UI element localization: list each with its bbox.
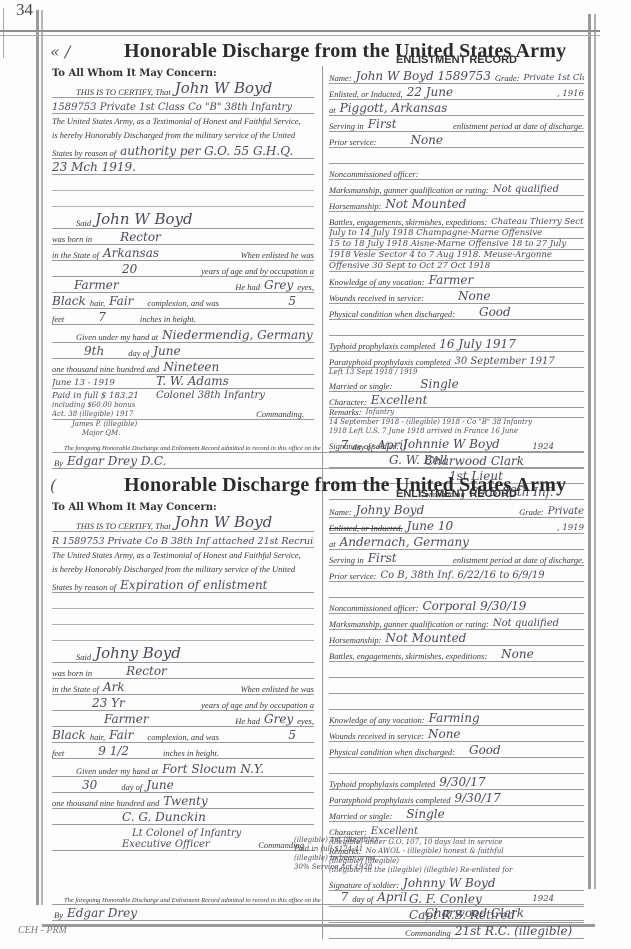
- marksmanship-row: Marksmanship, gunner qualification or ra…: [329, 614, 584, 630]
- remarks-row: Remarks: Co "L" 153 Infantry 23 June 191…: [329, 408, 584, 418]
- soldier-id: R 1589753 Private Co B 38th Inf attached…: [52, 536, 314, 547]
- state-value: Ark: [103, 680, 237, 694]
- grade-value: Private 1st Class: [523, 73, 584, 83]
- day-label: day of: [108, 348, 149, 358]
- reason-value-2: 23 Mch 1919.: [52, 160, 136, 174]
- paratyphoid-value: 9/30/17: [455, 791, 501, 805]
- horsemanship-row: Horsemanship: Not Mounted: [329, 630, 584, 646]
- battles-detail: July to 14 July 1918 Champagne-Marne Off…: [329, 228, 542, 238]
- signature-label: Signature of soldier:: [329, 880, 399, 890]
- margin-note: Paid in full $ 183.21: [52, 391, 152, 401]
- enlisted-value: 22 June: [407, 85, 553, 99]
- enlistment-margin-notes: (illegible) 1st (illegible) Paid in full…: [294, 836, 414, 872]
- prior-label: Prior service:: [329, 571, 376, 581]
- paratyphoid-value: 30 September 1917: [455, 356, 555, 367]
- occupation-line: Farmer He had Grey eyes,: [52, 711, 314, 727]
- blank-line: [52, 191, 314, 207]
- clerk-signature: Charwood Clark: [425, 454, 584, 468]
- remarks-line: 14 September 1918 - (illegible) 1918 - C…: [329, 418, 584, 427]
- signature-row: Signature of soldier: Johnny W Boyd: [329, 875, 584, 891]
- grade-value: Private: [548, 506, 584, 517]
- occupation-value: Farmer: [52, 712, 231, 726]
- born-line: was born in Rector: [52, 229, 314, 245]
- margin-note: James P. (illegible): [52, 420, 314, 429]
- nco-row: Noncommissioned officer: Corporal 9/30/1…: [329, 598, 584, 614]
- occupation-line: Farmer He had Grey eyes,: [52, 277, 314, 293]
- marksmanship-label: Marksmanship, gunner qualification or ra…: [329, 619, 489, 629]
- signer-name: C. G. Dunckin: [122, 810, 206, 824]
- nco-value: Corporal 9/30/19: [422, 599, 526, 613]
- paratyphoid-row: Paratyphoid prophylaxis completed 30 Sep…: [329, 352, 584, 368]
- discharge-section: To All Whom It May Concern: THIS IS TO C…: [52, 66, 314, 438]
- battles-label: Battles, engagements, skirmishes, expedi…: [329, 217, 487, 227]
- frame-rule: [588, 14, 591, 889]
- battles-value: Chateau Thierry Sector: [491, 217, 584, 227]
- wounds-label: Wounds received in service:: [329, 731, 424, 741]
- enlisted-label: Enlisted, or Inducted,: [329, 523, 403, 533]
- blank-line: [52, 609, 314, 625]
- day-line: 9th day of June: [52, 343, 314, 359]
- signer-title-2: Executive Officer: [122, 839, 210, 850]
- blank-row: [329, 758, 584, 774]
- typhoid-value: 9/30/17: [439, 775, 485, 789]
- state-label: in the State of: [52, 250, 99, 260]
- frame-rule: [36, 10, 39, 905]
- year-line: one thousand nine hundred and Twenty: [52, 793, 314, 809]
- signer-name: T. W. Adams: [156, 375, 229, 388]
- blank-row: [329, 678, 584, 694]
- serving-row: Serving in First enlistment period at da…: [329, 550, 584, 566]
- by-value: Edgar Drey D.C.: [67, 454, 421, 468]
- blank-row: [329, 694, 584, 710]
- blank-row: [329, 320, 584, 336]
- record-line: The foregoing Honorable Discharge and En…: [52, 892, 584, 905]
- character-value: Excellent: [371, 393, 428, 407]
- height-line: feet 9 1/2 inches in height.: [52, 743, 314, 759]
- frame-rule: [594, 14, 596, 889]
- record-label: The foregoing Honorable Discharge and En…: [52, 445, 321, 452]
- commanding-line: Executive Officer Commanding: [52, 839, 314, 851]
- commanding-value: 21st R.C. (illegible): [455, 924, 572, 938]
- hair-label: hair,: [90, 298, 105, 308]
- margin-note: Act. 38 (illegible) 1917: [52, 410, 192, 419]
- age-line: 23 Yr years of age and by occupation a: [52, 695, 314, 711]
- frame-rule: [0, 30, 600, 32]
- enlistment-header: ENLISTMENT RECORD: [329, 488, 584, 500]
- knowledge-row: Knowledge of any vocation: Farmer: [329, 272, 584, 288]
- age-line: 20 years of age and by occupation a: [52, 261, 314, 277]
- character-row: Character: Excellent: [329, 392, 584, 408]
- serving-label: Serving in: [329, 555, 364, 565]
- horsemanship-value: Not Mounted: [385, 631, 466, 645]
- remarks-line: Co "L" 153 Infantry 23 June 1916 to 18 M…: [366, 408, 584, 417]
- year-label: one thousand nine hundred and: [52, 364, 159, 374]
- reason-line-2: 23 Mch 1919.: [52, 159, 314, 175]
- state-line: in the State of Arkansas When enlisted h…: [52, 245, 314, 261]
- inches-label: inches in height.: [140, 314, 196, 324]
- nco-row: Noncommissioned officer:: [329, 164, 584, 180]
- name-label: Name:: [329, 507, 352, 517]
- state-label: in the State of: [52, 684, 99, 694]
- physical-value: Good: [459, 743, 501, 757]
- margin-note: Major QM.: [52, 429, 314, 438]
- discharge-section: To All Whom It May Concern: THIS IS TO C…: [52, 500, 314, 851]
- said-line: Said John W Boyd: [52, 207, 314, 229]
- height-inches: 9 1/2: [68, 744, 159, 758]
- by-line: By Edgar Drey D.C. Charwood Clark: [52, 453, 584, 469]
- physical-row: Physical condition when discharged: Good: [329, 304, 584, 320]
- discharged-text: is hereby Honorably Discharged from the …: [52, 564, 314, 577]
- signer-title-line: Lt Colonel of Infantry: [52, 825, 314, 839]
- knowledge-value: Farmer: [429, 273, 474, 287]
- name-value: Johny Boyd: [356, 503, 516, 517]
- prior-value: Co B, 38th Inf. 6/22/16 to 6/9/19: [380, 570, 544, 581]
- typhoid-value: 16 July 1917: [439, 337, 516, 351]
- physical-label: Physical condition when discharged:: [329, 747, 455, 757]
- typhoid-label: Typhoid prophylaxis completed: [329, 779, 435, 789]
- margin-note: Paid in full $124.41: [294, 845, 414, 854]
- knowledge-label: Knowledge of any vocation:: [329, 277, 425, 287]
- discharge-certificate-1: « / Honorable Discharge from the United …: [44, 36, 588, 468]
- married-row: Married or single: Single: [329, 806, 584, 822]
- occupation-value: Farmer: [52, 278, 231, 292]
- remarks-line: 1918 Left U.S. 7 June 1918 arrived in Fr…: [329, 427, 584, 436]
- age-label: years of age and by occupation a: [201, 266, 314, 276]
- paratyphoid-label: Paratyphoid prophylaxis completed: [329, 795, 451, 805]
- height-feet: 5: [288, 294, 314, 308]
- horsemanship-label: Horsemanship:: [329, 201, 381, 211]
- enlistment-record: ENLISTMENT RECORD Name: Johny Boyd Grade…: [322, 500, 584, 939]
- marksmanship-row: Marksmanship, gunner qualification or ra…: [329, 180, 584, 196]
- certify-label: THIS IS TO CERTIFY, That: [76, 521, 171, 531]
- state-line: in the State of Ark When enlisted he was: [52, 679, 314, 695]
- born-label: was born in: [52, 234, 92, 244]
- at-label: at: [329, 105, 336, 115]
- eyes-value: Grey: [264, 712, 293, 726]
- battles-detail: Offensive 30 Sept to Oct 27 Oct 1918: [329, 261, 490, 271]
- serving-row: Serving in First enlistment period at da…: [329, 116, 584, 132]
- margin-note: June 13 - 1919: [52, 378, 152, 388]
- horsemanship-label: Horsemanship:: [329, 635, 381, 645]
- margin-mark: « /: [50, 42, 70, 61]
- signer-title: Colonel 38th Infantry: [156, 390, 265, 401]
- enlisted-label: When enlisted he was: [241, 250, 314, 260]
- battles-line: 15 to 18 July 1918 Aisne-Marne Offensive…: [329, 239, 584, 250]
- commanding-label: Commanding.: [196, 410, 314, 419]
- paratyphoid-row: Paratyphoid prophylaxis completed 9/30/1…: [329, 790, 584, 806]
- eyes-suffix: eyes,: [297, 716, 314, 726]
- knowledge-row: Knowledge of any vocation: Farming: [329, 710, 584, 726]
- at-row: at Piggott, Arkansas: [329, 100, 584, 116]
- enlistment-record: ENLISTMENT RECORD Name: John W Boyd 1589…: [322, 66, 584, 500]
- serving-suffix: enlistment period at date of discharge.: [453, 555, 584, 565]
- testimonial-text: The United States Army, as a Testimonial…: [52, 116, 314, 127]
- certify-line: THIS IS TO CERTIFY, That John W Boyd: [52, 80, 314, 98]
- prior-row: Prior service: Co B, 38th Inf. 6/22/16 t…: [329, 566, 584, 582]
- marksmanship-value: Not qualified: [493, 184, 559, 195]
- blank-line: [52, 625, 314, 641]
- grade-label: Grade:: [519, 507, 544, 517]
- paratyphoid-label: Paratyphoid prophylaxis completed: [329, 357, 451, 367]
- grade-label: Grade:: [495, 73, 520, 83]
- height-feet: 5: [288, 728, 314, 742]
- wounds-value: None: [428, 289, 491, 303]
- signer-line: C. G. Dunckin: [52, 809, 314, 825]
- record-month: April: [377, 892, 528, 904]
- discharge-certificate-2: ( Honorable Discharge from the United St…: [44, 470, 588, 924]
- frame-rule: [41, 10, 43, 905]
- eyes-label: He had: [235, 716, 260, 726]
- wounds-row: Wounds received in service: None: [329, 726, 584, 742]
- soldier-id: 1589753 Private 1st Class Co "B" 38th In…: [52, 102, 292, 113]
- age-value: 23 Yr: [52, 696, 197, 710]
- clerk-signature: Charwood Clark: [425, 906, 584, 920]
- margin-note: (illegible) to bear arms: [294, 854, 414, 863]
- year-value: Twenty: [163, 794, 207, 808]
- given-label: Given under my hand at: [76, 766, 158, 776]
- born-value: Rector: [96, 664, 167, 678]
- reason-line: States by reason of authority per G.O. 5…: [52, 143, 314, 159]
- record-day: 7: [325, 440, 349, 452]
- serving-value: First: [368, 117, 449, 131]
- name-value: John W Boyd 1589753: [356, 69, 491, 83]
- at-label: at: [329, 539, 336, 549]
- nco-label: Noncommissioned officer:: [329, 603, 418, 613]
- battles-value: None: [491, 647, 534, 661]
- battles-line: July to 14 July 1918 Champagne-Marne Off…: [329, 228, 584, 239]
- certify-label: THIS IS TO CERTIFY, That: [76, 87, 171, 97]
- name-row: Name: John W Boyd 1589753 Grade: Private…: [329, 68, 584, 84]
- enlisted-label: Enlisted, or Inducted,: [329, 89, 403, 99]
- enlisted-value: June 10: [407, 519, 553, 533]
- record-line: The foregoing Honorable Discharge and En…: [52, 440, 584, 453]
- battles-row: Battles, engagements, skirmishes, expedi…: [329, 646, 584, 662]
- complexion-label: complexion, and was: [137, 298, 284, 308]
- given-line: Given under my hand at Niedermendig, Ger…: [52, 325, 314, 343]
- eyes-value: Grey: [264, 278, 293, 292]
- blank-row: [329, 662, 584, 678]
- by-value: Edgar Drey: [67, 906, 421, 920]
- by-label: By: [52, 458, 63, 468]
- complexion-value: Fair: [109, 728, 133, 742]
- salutation: To All Whom It May Concern:: [52, 66, 314, 80]
- margin-note: including $60.00 bonus: [52, 401, 314, 410]
- image-caption: CEH - PRM: [18, 925, 67, 936]
- hair-label: hair,: [90, 732, 105, 742]
- serving-label: Serving in: [329, 121, 364, 131]
- horsemanship-row: Horsemanship: Not Mounted: [329, 196, 584, 212]
- typhoid-row: Typhoid prophylaxis completed 16 July 19…: [329, 336, 584, 352]
- signer-line: June 13 - 1919 T. W. Adams: [52, 375, 314, 389]
- height-inches: 7: [68, 310, 136, 324]
- soldier-id-line: R 1589753 Private Co B 38th Inf attached…: [52, 532, 314, 548]
- reason-label: States by reason of: [52, 582, 116, 592]
- enlisted-label: When enlisted he was: [241, 684, 314, 694]
- marksmanship-label: Marksmanship, gunner qualification or ra…: [329, 185, 489, 195]
- year-line: one thousand nine hundred and Nineteen: [52, 359, 314, 375]
- record-footer: The foregoing Honorable Discharge and En…: [52, 892, 584, 921]
- said-name: Johny Boyd: [95, 644, 181, 662]
- reason-value: authority per G.O. 55 G.H.Q.: [120, 144, 293, 158]
- record-year: 1924: [532, 442, 584, 452]
- wounds-value: None: [428, 727, 461, 741]
- inches-label: inches in height.: [163, 748, 219, 758]
- hair-line: Black hair, Fair complexion, and was 5: [52, 727, 314, 743]
- married-row: Married or single: Single: [329, 376, 584, 392]
- eyes-label: He had: [235, 282, 260, 292]
- age-value: 20: [52, 262, 197, 276]
- commanding-row: Commanding 21st R.C. (illegible): [329, 923, 584, 939]
- at-value: Piggott, Arkansas: [340, 101, 448, 115]
- blank-line: [52, 593, 314, 609]
- knowledge-label: Knowledge of any vocation:: [329, 715, 425, 725]
- physical-label: Physical condition when discharged:: [329, 309, 455, 319]
- enlisted-row: Enlisted, or Inducted, 22 June , 1916: [329, 84, 584, 100]
- record-month: April: [377, 440, 528, 452]
- said-line: Said Johny Boyd: [52, 641, 314, 663]
- record-footer: The foregoing Honorable Discharge and En…: [52, 440, 584, 469]
- soldier-id-line: 1589753 Private 1st Class Co "B" 38th In…: [52, 98, 314, 114]
- day-value: 30: [52, 778, 97, 792]
- at-row: at Andernach, Germany: [329, 534, 584, 550]
- horsemanship-value: Not Mounted: [385, 197, 466, 211]
- battles-label: Battles, engagements, skirmishes, expedi…: [329, 651, 487, 661]
- day-value: 9th: [52, 344, 104, 358]
- prior-row: Prior service: None: [329, 132, 584, 148]
- given-line: Given under my hand at Fort Slocum N.Y.: [52, 759, 314, 777]
- salutation: To All Whom It May Concern:: [52, 500, 314, 514]
- testimonial-text: The United States Army, as a Testimonial…: [52, 550, 314, 561]
- nco-label: Noncommissioned officer:: [329, 169, 418, 179]
- given-place: Fort Slocum N.Y.: [162, 762, 264, 776]
- marksmanship-value: Not qualified: [493, 618, 559, 629]
- typhoid-row: Typhoid prophylaxis completed 9/30/17: [329, 774, 584, 790]
- born-value: Rector: [96, 230, 161, 244]
- battles-detail: 15 to 18 July 1918 Aisne-Marne Offensive…: [329, 239, 566, 249]
- margin-mark: (: [50, 476, 56, 495]
- day-label: day of: [101, 782, 142, 792]
- height-line: feet 7 inches in height.: [52, 309, 314, 325]
- day-line: 30 day of June: [52, 777, 314, 793]
- knowledge-value: Farming: [429, 711, 480, 725]
- name-row: Name: Johny Boyd Grade: Private: [329, 502, 584, 518]
- record-label: The foregoing Honorable Discharge and En…: [52, 897, 321, 904]
- hair-value: Black: [52, 294, 86, 308]
- record-day-label: day of: [352, 894, 373, 904]
- remarks-label: Remarks:: [329, 408, 362, 417]
- born-label: was born in: [52, 668, 92, 678]
- margin-note: (illegible) 1st (illegible): [294, 836, 414, 845]
- margin-note: 30% Service Act 1928: [294, 863, 414, 872]
- state-value: Arkansas: [103, 246, 237, 260]
- married-label: Married or single:: [329, 381, 392, 391]
- age-label: years of age and by occupation a: [201, 700, 314, 710]
- signer-title: Lt Colonel of Infantry: [132, 828, 241, 839]
- month-value: June: [153, 344, 180, 358]
- complexion-value: Fair: [109, 294, 133, 308]
- soldier-name: John W Boyd: [175, 514, 272, 531]
- complexion-label: complexion, and was: [137, 732, 284, 742]
- year-value: Nineteen: [163, 360, 219, 374]
- enlisted-year: , 1916: [557, 89, 584, 99]
- record-day: 7: [325, 892, 349, 904]
- prior-label: Prior service:: [329, 137, 376, 147]
- born-line: was born in Rector: [52, 663, 314, 679]
- reason-line: States by reason of Expiration of enlist…: [52, 577, 314, 593]
- at-value: Andernach, Germany: [340, 535, 469, 549]
- married-value: Single: [396, 807, 444, 821]
- soldier-name: John W Boyd: [175, 80, 272, 97]
- soldier-signature: Johnny W Boyd: [403, 876, 495, 890]
- said-name: John W Boyd: [95, 210, 192, 228]
- discharged-text: is hereby Honorably Discharged from the …: [52, 130, 314, 143]
- wounds-row: Wounds received in service: None: [329, 288, 584, 304]
- typhoid-label: Typhoid prophylaxis completed: [329, 341, 435, 351]
- month-value: June: [146, 778, 173, 792]
- character-label: Character:: [329, 397, 367, 407]
- feet-label: feet: [52, 748, 64, 758]
- certify-line: THIS IS TO CERTIFY, That John W Boyd: [52, 514, 314, 532]
- feet-label: feet: [52, 314, 64, 324]
- blank-row: [329, 148, 584, 164]
- said-label: Said: [76, 218, 91, 228]
- eyes-suffix: eyes,: [297, 282, 314, 292]
- enlisted-row: Enlisted, or Inducted, June 10 , 1919: [329, 518, 584, 534]
- physical-value: Good: [459, 305, 511, 319]
- battles-row: Battles, engagements, skirmishes, expedi…: [329, 212, 584, 228]
- hair-line: Black hair, Fair complexion, and was 5: [52, 293, 314, 309]
- page-number: 34: [16, 0, 33, 20]
- prior-value: None: [380, 133, 443, 147]
- by-line: By Edgar Drey Charwood Clark: [52, 905, 584, 921]
- name-label: Name:: [329, 73, 352, 83]
- said-label: Said: [76, 652, 91, 662]
- given-label: Given under my hand at: [76, 332, 158, 342]
- record-year: 1924: [532, 894, 584, 904]
- signer-title-line: Paid in full $ 183.21 Colonel 38th Infan…: [52, 389, 314, 401]
- battles-line: 1918 Vesle Sector 4 to 7 Aug 1918. Meuse…: [329, 250, 584, 261]
- married-value: Single: [396, 377, 458, 391]
- by-label: By: [52, 910, 63, 920]
- hair-value: Black: [52, 728, 86, 742]
- reason-value: Expiration of enlistment: [120, 578, 267, 592]
- record-day-label: day of: [352, 442, 373, 452]
- reason-label: States by reason of: [52, 148, 116, 158]
- paratyphoid-note: Left 13 Sept 1918 / 1919: [329, 368, 584, 376]
- serving-suffix: enlistment period at date of discharge.: [453, 121, 584, 131]
- married-label: Married or single:: [329, 811, 392, 821]
- wounds-label: Wounds received in service:: [329, 293, 424, 303]
- year-label: one thousand nine hundred and: [52, 798, 159, 808]
- serving-value: First: [368, 551, 449, 565]
- physical-row: Physical condition when discharged: Good: [329, 742, 584, 758]
- given-place: Niedermendig, Germany: [162, 328, 312, 342]
- commanding-label: Commanding: [405, 928, 451, 938]
- enlistment-header: ENLISTMENT RECORD: [329, 54, 584, 66]
- blank-row: [329, 582, 584, 598]
- blank-line: [52, 175, 314, 191]
- enlisted-year: , 1919: [557, 523, 584, 533]
- battles-detail: 1918 Vesle Sector 4 to 7 Aug 1918. Meuse…: [329, 250, 552, 260]
- commanding-line: Act. 38 (illegible) 1917 Commanding.: [52, 410, 314, 420]
- battles-line: Offensive 30 Sept to Oct 27 Oct 1918: [329, 261, 584, 272]
- frame-rule: [3, 8, 4, 58]
